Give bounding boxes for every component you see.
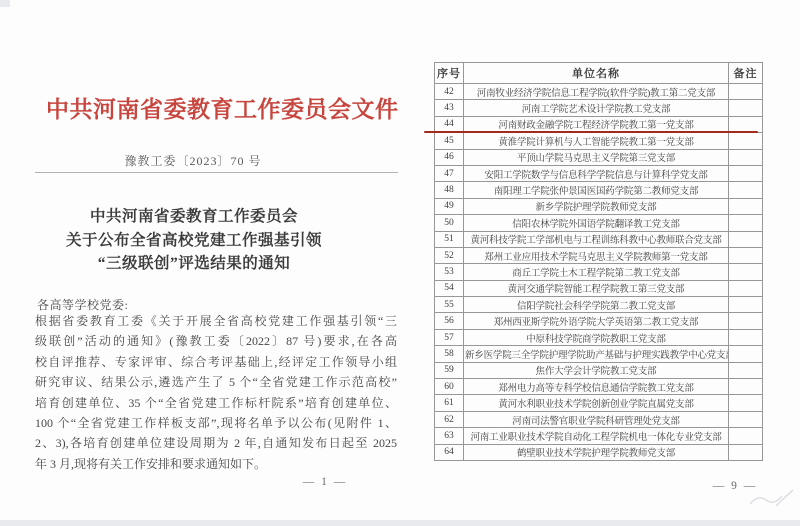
table-row: 62 河南司法警官职业学院科研管理处党支部 xyxy=(435,411,763,427)
table-row: 61 黄河水利职业技术学院创新创业学院直属党支部 xyxy=(435,395,763,411)
table-row: 64 鹤壁职业技术学院护理学院教师党支部 xyxy=(435,444,763,460)
column-header-unit-name: 单位名称 xyxy=(464,63,729,84)
table-row: 42 河南牧业经济学院信息工程学院(软件学院)教工第二党支部 xyxy=(435,84,763,100)
row-number-cell: 63 xyxy=(435,428,464,444)
column-header-no: 序号 xyxy=(435,63,464,84)
remark-cell xyxy=(729,346,763,362)
row-number-cell: 51 xyxy=(435,231,464,247)
unit-name-cell: 郑州西亚斯学院外语学院大学英语第二教工党支部 xyxy=(464,313,729,329)
unit-name-cell: 焦作大学会计学院教工党支部 xyxy=(464,362,729,378)
remark-cell xyxy=(729,165,763,181)
row-number-cell: 52 xyxy=(435,247,464,263)
remark-cell xyxy=(729,297,763,313)
body-line: 培育创建单位、35 个“全省党建工作标杆院系”培育创建单位、 xyxy=(35,393,397,413)
table-row: 63 河南工业职业技术学院自动化工程学院机电一体化专业党支部 xyxy=(435,428,763,444)
body-paragraph: 根据省委教育工委《关于开展全省高校党建工作强基引领“三级联创”活动的通知》(豫教… xyxy=(35,311,397,474)
notice-title-line-3: “三级联创”评选结果的通知 xyxy=(34,252,354,276)
remark-cell xyxy=(729,411,763,427)
table-row: 45 黄淮学院计算机与人工智能学院教工第一党支部 xyxy=(435,133,763,149)
remark-cell xyxy=(729,100,763,116)
unit-name-cell: 新乡医学院三全学院护理学院助产基础与护理实践教学中心党支部 xyxy=(464,346,729,362)
document-number: 豫教工委〔2023〕70 号 xyxy=(33,152,353,169)
table-header-row: 序号 单位名称 备注 xyxy=(435,63,763,84)
page-number-left: — 1 — xyxy=(285,476,365,488)
document-header-title: 中共河南省委教育工作委员会文件 xyxy=(46,91,362,124)
body-line: 研究审议、结果公示,遴选产生了 5 个“全省党建工作示范高校” xyxy=(35,372,397,392)
table-row: 55 信阳学院社会科学学院第二教工党支部 xyxy=(435,297,763,313)
row-number-cell: 57 xyxy=(435,329,464,345)
row-number-cell: 59 xyxy=(435,362,464,378)
scanned-document: 中共河南省委教育工作委员会文件 豫教工委〔2023〕70 号 中共河南省委教育工… xyxy=(0,0,800,526)
remark-cell xyxy=(729,182,763,198)
remark-cell xyxy=(729,231,763,247)
page-number-right: — 9 — xyxy=(700,480,770,492)
table-row: 58 新乡医学院三全学院护理学院助产基础与护理实践教学中心党支部 xyxy=(435,346,763,362)
remark-cell xyxy=(729,215,763,231)
remark-cell xyxy=(729,198,763,214)
remark-cell xyxy=(729,379,763,395)
remark-cell xyxy=(729,428,763,444)
column-header-remark: 备注 xyxy=(729,63,763,84)
row-number-cell: 46 xyxy=(435,149,464,165)
row-number-cell: 56 xyxy=(435,313,464,329)
remark-cell xyxy=(729,329,763,345)
table-row: 54 黄河交通学院智能工程学院教工第三党支部 xyxy=(435,280,763,296)
unit-name-cell: 新乡学院护理学院教师党支部 xyxy=(464,198,729,214)
body-line: 100 个“全省党建工作样板支部”,现将名单予以公布(见附件 1、 xyxy=(35,413,397,433)
row-number-cell: 42 xyxy=(435,84,464,100)
remark-cell xyxy=(729,247,763,263)
scan-bottom-edge xyxy=(0,520,800,526)
table-row: 46 平顶山学院马克思主义学院第三党支部 xyxy=(435,149,763,165)
notice-title-line-2: 关于公布全省高校党建工作强基引领 xyxy=(34,229,354,253)
unit-name-cell: 平顶山学院马克思主义学院第三党支部 xyxy=(464,149,729,165)
table-row: 49 新乡学院护理学院教师党支部 xyxy=(435,198,763,214)
unit-name-cell: 黄河水利职业技术学院创新创业学院直属党支部 xyxy=(464,395,729,411)
remark-cell xyxy=(729,395,763,411)
body-line: 级联创”活动的通知》(豫教工委〔2022〕87 号)要求,在各高 xyxy=(35,331,397,351)
notice-title: 中共河南省委教育工作委员会 关于公布全省高校党建工作强基引领 “三级联创”评选结… xyxy=(34,205,354,276)
remark-cell xyxy=(729,362,763,378)
unit-name-cell: 河南工业职业技术学院自动化工程学院机电一体化专业党支部 xyxy=(464,428,729,444)
table-row: 47 安阳工学院数学与信息科学学院信息与计算科学党支部 xyxy=(435,165,763,181)
party-branch-table: 序号 单位名称 备注 42 河南牧业经济学院信息工程学院(软件学院)教工第二党支… xyxy=(434,62,763,461)
row-number-cell: 61 xyxy=(435,395,464,411)
unit-name-cell: 安阳工学院数学与信息科学学院信息与计算科学党支部 xyxy=(464,165,729,181)
header-divider-line xyxy=(35,172,398,173)
row-number-cell: 45 xyxy=(435,133,464,149)
row-number-cell: 50 xyxy=(435,215,464,231)
unit-name-cell: 信阳学院社会科学学院第二教工党支部 xyxy=(464,297,729,313)
notice-title-line-1: 中共河南省委教育工作委员会 xyxy=(34,205,354,229)
row-number-cell: 47 xyxy=(435,165,464,181)
remark-cell xyxy=(729,444,763,460)
table-row: 53 商丘工学院土木工程学院第二教工党支部 xyxy=(435,264,763,280)
table-row: 56 郑州西亚斯学院外语学院大学英语第二教工党支部 xyxy=(435,313,763,329)
table-row: 52 郑州工业应用技术学院马克思主义学院教师第一党支部 xyxy=(435,247,763,263)
unit-name-cell: 黄淮学院计算机与人工智能学院教工第一党支部 xyxy=(464,133,729,149)
remark-cell xyxy=(729,149,763,165)
body-line: 2、3),各培育创建单位建设周期为 2 年,自通知发布日起至 2025 xyxy=(35,433,397,453)
scan-corner-smudge xyxy=(0,0,10,7)
unit-name-cell: 河南司法警官职业学院科研管理处党支部 xyxy=(464,411,729,427)
row-number-cell: 43 xyxy=(435,100,464,116)
remark-cell xyxy=(729,313,763,329)
row-number-cell: 64 xyxy=(435,444,464,460)
unit-name-cell: 河南工学院艺术设计学院教工党支部 xyxy=(464,100,729,116)
unit-name-cell: 信阳农林学院外国语学院翻译教工党支部 xyxy=(464,215,729,231)
unit-name-cell: 南阳理工学院张仲景国医国药学院第二教师党支部 xyxy=(464,182,729,198)
unit-name-cell: 郑州电力高等专科学校信息通信学院教工党支部 xyxy=(464,379,729,395)
remark-cell xyxy=(729,264,763,280)
body-line: 根据省委教育工委《关于开展全省高校党建工作强基引领“三 xyxy=(35,311,397,331)
table-row: 43 河南工学院艺术设计学院教工党支部 xyxy=(435,100,763,116)
table-row: 60 郑州电力高等专科学校信息通信学院教工党支部 xyxy=(435,379,763,395)
table-row: 51 黄河科技学院工学部机电与工程训练科教中心教师联合党支部 xyxy=(435,231,763,247)
unit-name-cell: 鹤壁职业技术学院护理学院教师党支部 xyxy=(464,444,729,460)
unit-name-cell: 中原科技学院商学院教职工党支部 xyxy=(464,329,729,345)
row-number-cell: 60 xyxy=(435,379,464,395)
row-number-cell: 49 xyxy=(435,198,464,214)
row-number-cell: 55 xyxy=(435,297,464,313)
table-row: 57 中原科技学院商学院教职工党支部 xyxy=(435,329,763,345)
unit-name-cell: 黄河科技学院工学部机电与工程训练科教中心教师联合党支部 xyxy=(464,231,729,247)
body-line: 校自评推荐、专家评审、综合考评基础上,经评定工作领导小组 xyxy=(35,352,397,372)
table-row: 59 焦作大学会计学院教工党支部 xyxy=(435,362,763,378)
red-annotation-underline xyxy=(424,131,758,134)
remark-cell xyxy=(729,280,763,296)
unit-name-cell: 商丘工学院土木工程学院第二教工党支部 xyxy=(464,264,729,280)
remark-cell xyxy=(729,133,763,149)
table-row: 50 信阳农林学院外国语学院翻译教工党支部 xyxy=(435,215,763,231)
row-number-cell: 53 xyxy=(435,264,464,280)
unit-name-cell: 河南牧业经济学院信息工程学院(软件学院)教工第二党支部 xyxy=(464,84,729,100)
remark-cell xyxy=(729,84,763,100)
row-number-cell: 54 xyxy=(435,280,464,296)
table-row: 48 南阳理工学院张仲景国医国药学院第二教师党支部 xyxy=(435,182,763,198)
body-line: 年 3 月,现将有关工作安排和要求通知如下。 xyxy=(35,454,397,474)
unit-name-cell: 黄河交通学院智能工程学院教工第三党支部 xyxy=(464,280,729,296)
row-number-cell: 58 xyxy=(435,346,464,362)
row-number-cell: 48 xyxy=(435,182,464,198)
unit-name-cell: 郑州工业应用技术学院马克思主义学院教师第一党支部 xyxy=(464,247,729,263)
row-number-cell: 62 xyxy=(435,411,464,427)
